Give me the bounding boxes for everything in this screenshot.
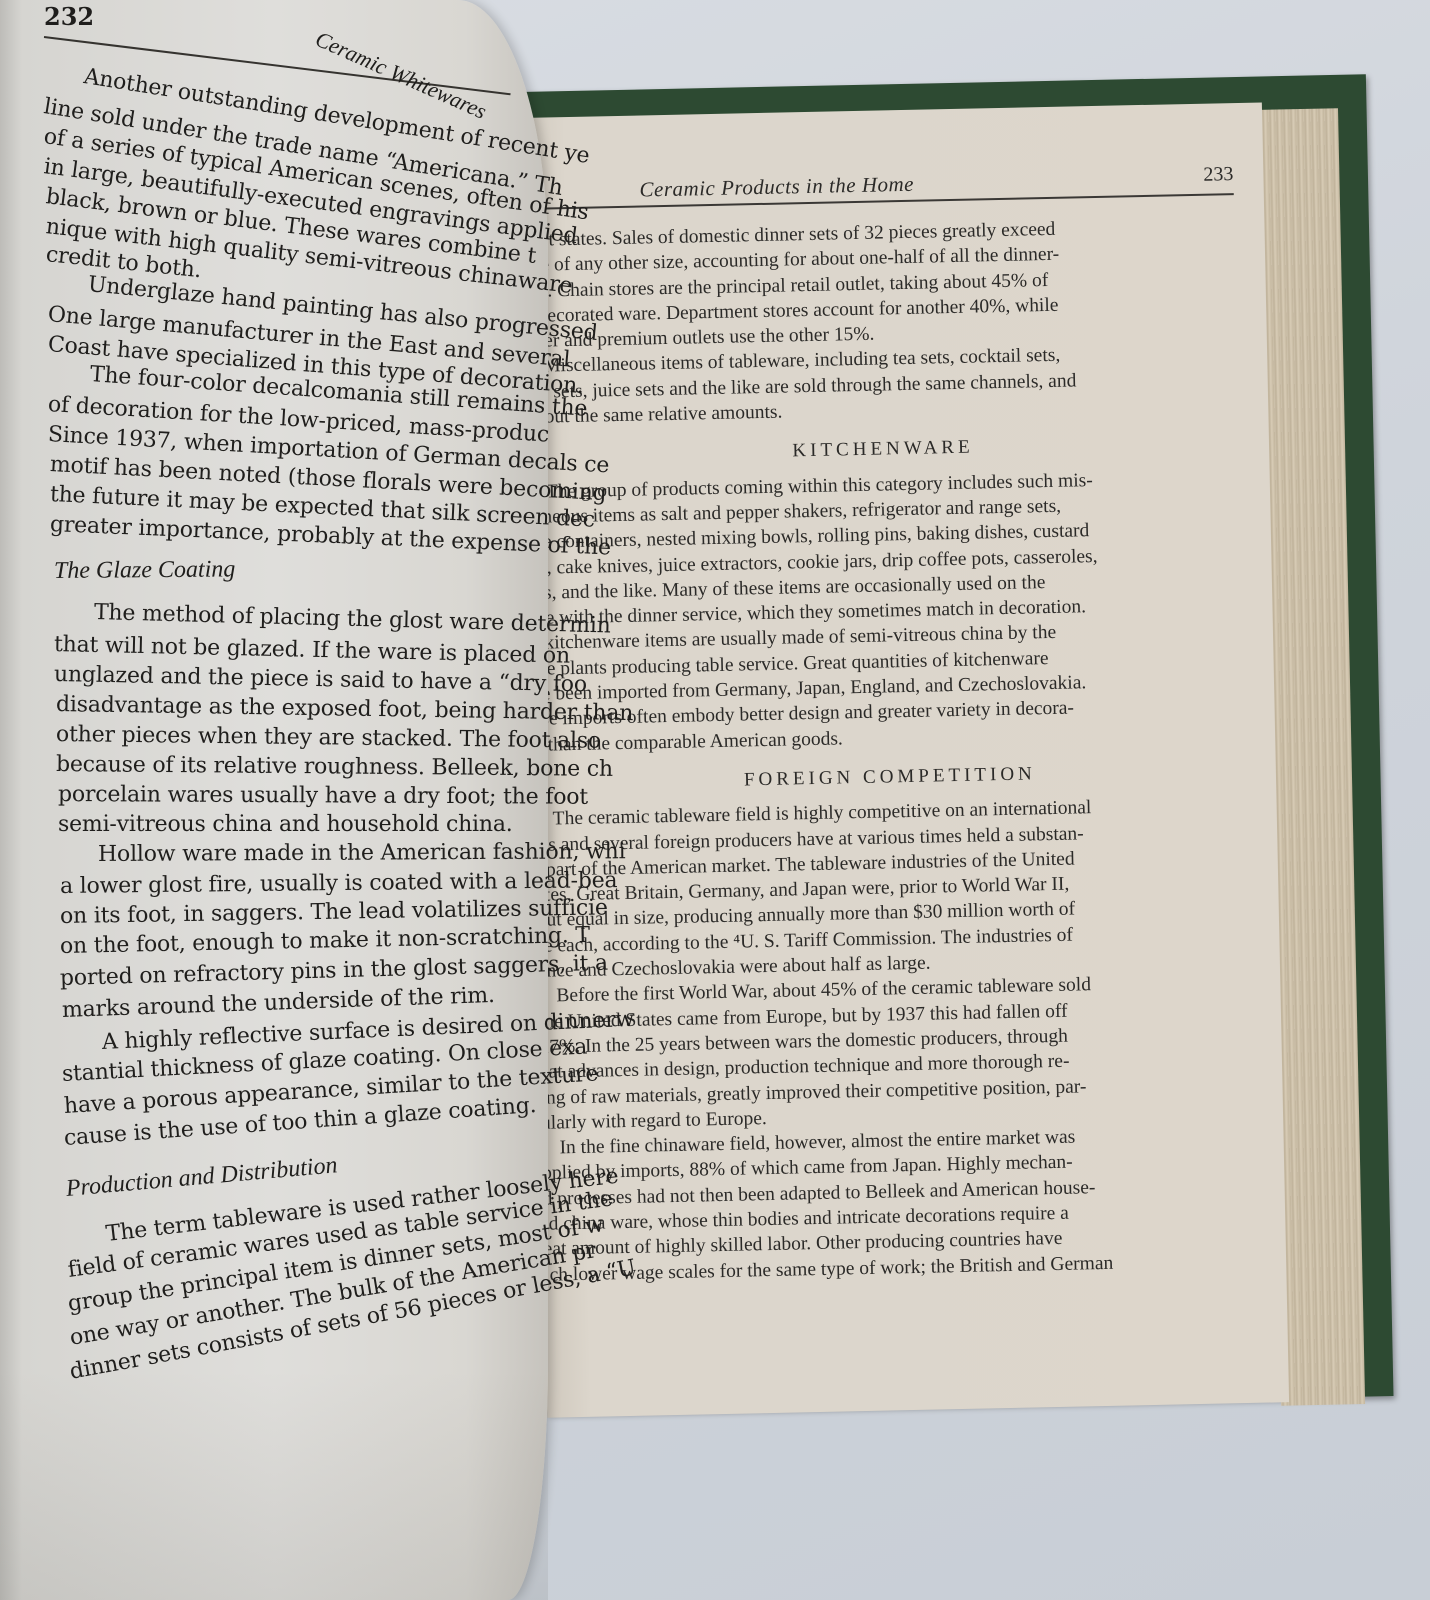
running-head: Ceramic Products in the Home bbox=[639, 172, 914, 203]
text-line: other pieces when they are stacked. The … bbox=[56, 722, 601, 754]
page-number: 232 bbox=[44, 2, 94, 31]
text-line: semi-vitreous china and household china. bbox=[58, 812, 513, 837]
right-page: Ceramic Products in the Home 233 port st… bbox=[520, 102, 1289, 1417]
right-page-header: Ceramic Products in the Home 233 bbox=[521, 163, 1234, 210]
text-line: Hollow ware made in the American fashion… bbox=[98, 839, 626, 867]
foreign-competition-paragraphs: The ceramic tableware field is highly co… bbox=[534, 792, 1256, 1287]
text-line: a lower glost fire, usually is coated wi… bbox=[60, 868, 618, 899]
text-line: because of its relative roughness. Belle… bbox=[56, 752, 613, 782]
right-page-body: port states. Sales of domestic dinner se… bbox=[522, 213, 1256, 1288]
section-heading-kitchenware: KITCHENWARE bbox=[527, 429, 1239, 469]
section-heading-production-distribution: Production and Distribution bbox=[65, 1152, 339, 1203]
page-number: 233 bbox=[1203, 163, 1233, 187]
intro-paragraphs: port states. Sales of domestic dinner se… bbox=[522, 213, 1238, 430]
text-line: The method of placing the glost ware det… bbox=[94, 600, 611, 639]
left-page: 232 Ceramic Whitewares Another outstandi… bbox=[0, 0, 548, 1600]
text-line: porcelain wares usually have a dry foot;… bbox=[58, 782, 588, 810]
text-line: disadvantage as the exposed foot, being … bbox=[56, 692, 634, 726]
kitchenware-paragraph: The group of products coming within this… bbox=[528, 465, 1246, 758]
section-heading-glaze-coating: The Glaze Coating bbox=[54, 556, 236, 585]
section-heading-foreign-competition: FOREIGN COMPETITION bbox=[534, 757, 1246, 797]
